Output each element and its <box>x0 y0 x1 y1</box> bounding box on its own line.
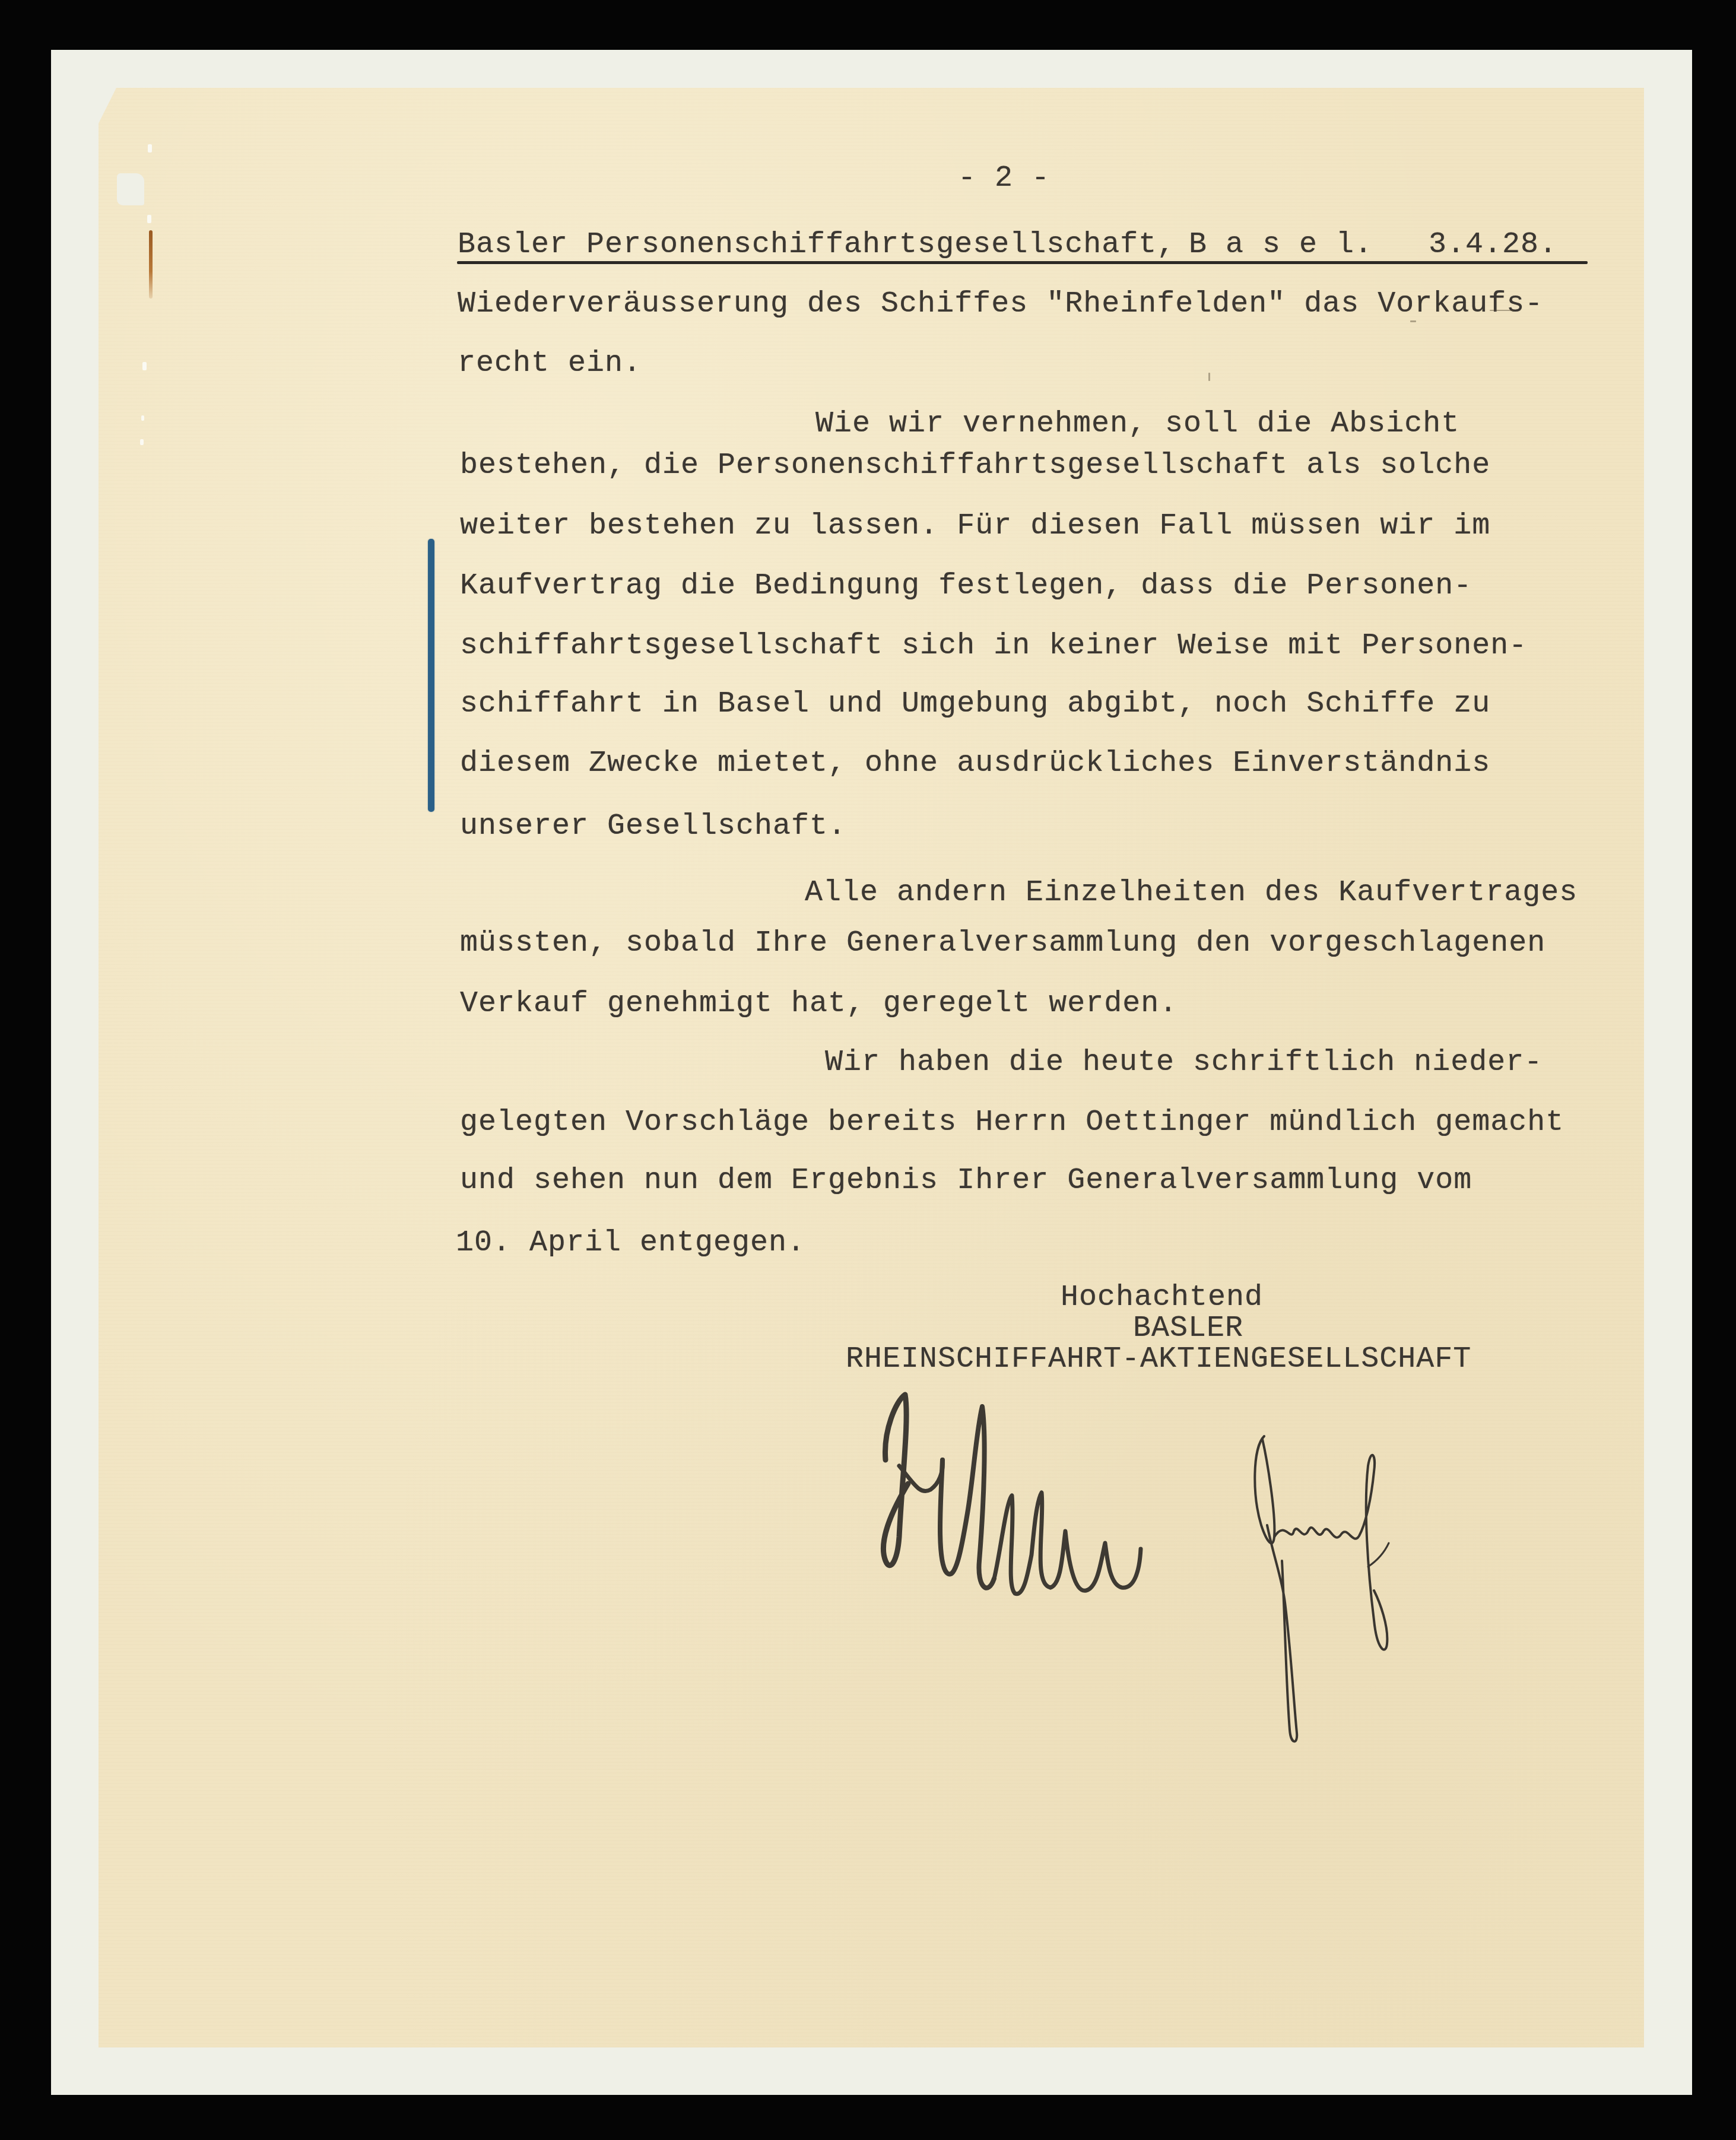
body-line: recht ein. <box>458 349 642 379</box>
body-line: unserer Gesellschaft. <box>460 812 846 842</box>
heading-underline <box>457 261 1588 264</box>
stray-mark <box>1234 307 1242 309</box>
stray-mark <box>1208 373 1210 381</box>
body-line: Alle andern Einzelheiten des Kaufvertrag… <box>805 878 1578 908</box>
letter-date: 3.4.28. <box>1429 230 1557 260</box>
staple-hole <box>140 439 144 445</box>
body-line: Wiederveräusserung des Schiffes "Rheinfe… <box>458 290 1543 319</box>
body-line: Kaufvertrag die Bedingung festlegen, das… <box>460 571 1472 601</box>
company-name-line2: RHEINSCHIFFAHRT-AKTIENGESELLSCHAFT <box>846 1345 1471 1374</box>
staple-hole <box>141 415 144 421</box>
stray-mark <box>1490 310 1513 311</box>
rust-stain <box>149 230 153 299</box>
signature-1 <box>872 1383 1193 1632</box>
page-number: - 2 - <box>958 164 1050 193</box>
blue-pencil-margin-mark <box>428 539 434 812</box>
body-line: schiffahrt in Basel und Umgebung abgibt,… <box>460 690 1490 719</box>
signature-2 <box>1249 1424 1410 1751</box>
company-name-line1: BASLER <box>1133 1314 1243 1344</box>
paper-tear <box>117 173 144 205</box>
closing-salutation: Hochachtend <box>1061 1283 1263 1313</box>
body-line: gelegten Vorschläge bereits Herrn Oettin… <box>460 1108 1564 1138</box>
body-line: Wie wir vernehmen, soll die Absicht <box>815 409 1459 439</box>
city: B a s e l. <box>1189 230 1373 260</box>
staple-hole <box>142 362 147 370</box>
stray-mark <box>1410 320 1416 322</box>
body-line: Verkauf genehmigt hat, geregelt werden. <box>460 989 1178 1019</box>
body-line: weiter bestehen zu lassen. Für diesen Fa… <box>460 512 1490 541</box>
body-line: diesem Zwecke mietet, ohne ausdrückliche… <box>460 749 1490 779</box>
body-line: Wir haben die heute schriftlich nieder- <box>825 1048 1543 1078</box>
body-line: und sehen nun dem Ergebnis Ihrer General… <box>460 1166 1472 1196</box>
body-line: 10. April entgegen. <box>456 1228 805 1258</box>
body-line: bestehen, die Personenschiffahrtsgesells… <box>460 451 1490 481</box>
body-line: schiffahrtsgesellschaft sich in keiner W… <box>460 631 1527 661</box>
addressee: Basler Personenschiffahrtsgesellschaft, <box>458 230 1175 260</box>
body-line: müssten, sobald Ihre Generalversammlung … <box>460 929 1545 958</box>
staple-hole <box>147 215 151 223</box>
staple-hole <box>148 144 152 153</box>
